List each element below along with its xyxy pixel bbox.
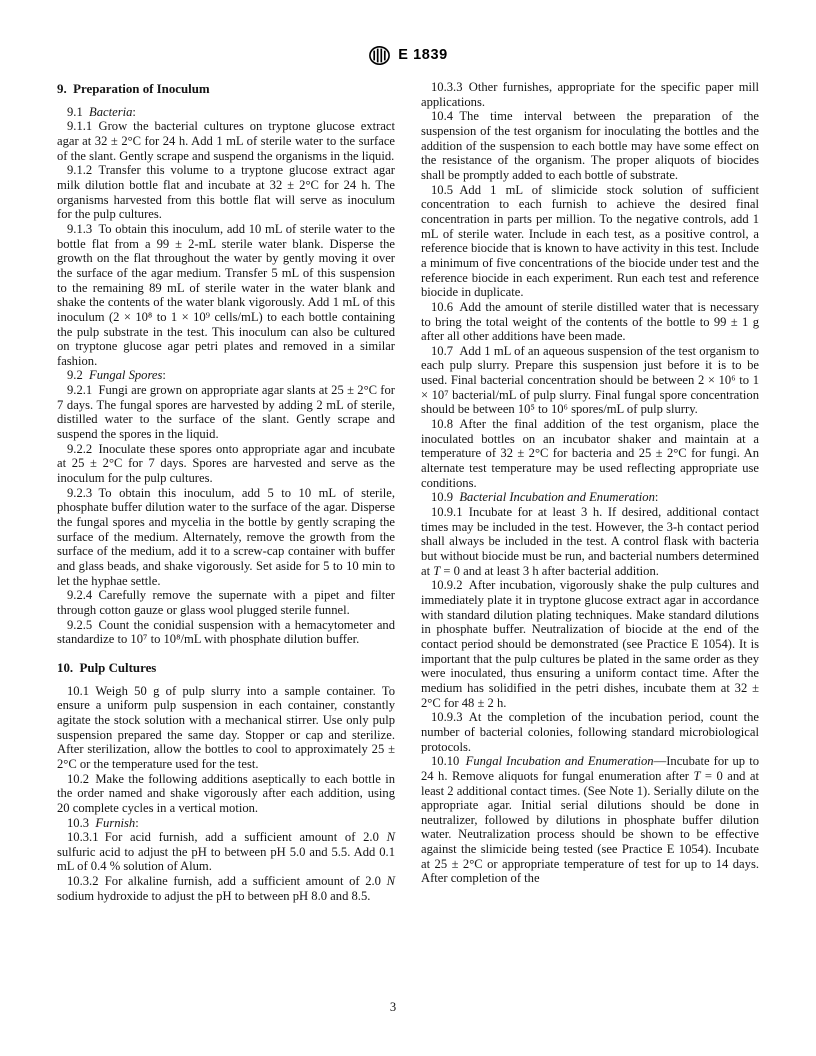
document-code: E 1839 bbox=[398, 47, 448, 63]
italic-text: N bbox=[387, 874, 395, 888]
text-run: : bbox=[132, 105, 136, 119]
text-run: 9.2.1 Fungi are grown on appropriate aga… bbox=[57, 383, 395, 441]
paragraph: 10.3 Furnish: bbox=[57, 816, 395, 831]
section-heading: 10. Pulp Cultures bbox=[57, 661, 395, 676]
text-run: 10.7 Add 1 mL of an aqueous suspension o… bbox=[421, 344, 759, 417]
text-run: = 0 and at least 2 additional contact ti… bbox=[421, 769, 759, 886]
page-number: 3 bbox=[57, 1000, 729, 1015]
text-run: 9.1.1 Grow the bacterial cultures on try… bbox=[57, 119, 395, 162]
text-run: sodium hydroxide to adjust the pH to bet… bbox=[57, 889, 370, 903]
text-run: 10.9.3 At the completion of the incubati… bbox=[421, 710, 759, 753]
italic-text: Bacterial Incubation and Enumeration bbox=[459, 490, 655, 504]
text-run: 10.3 bbox=[67, 816, 95, 830]
text-run: 10.10 bbox=[431, 754, 466, 768]
paragraph: 9.1.2 Transfer this volume to a tryptone… bbox=[57, 163, 395, 222]
text-run: : bbox=[135, 816, 139, 830]
column-right: 10.3.3 Other furnishes, appropriate for … bbox=[421, 80, 759, 886]
text-run: 10.2 Make the following additions asepti… bbox=[57, 772, 395, 815]
text-run: : bbox=[162, 368, 166, 382]
paragraph: 10.4 The time interval between the prepa… bbox=[421, 109, 759, 182]
paragraph: 10.3.1 For acid furnish, add a sufficien… bbox=[57, 830, 395, 874]
italic-text: Bacteria bbox=[89, 105, 132, 119]
text-run: 10.4 The time interval between the prepa… bbox=[421, 109, 759, 182]
paragraph: 10.6 Add the amount of sterile distilled… bbox=[421, 300, 759, 344]
paragraph: 9.2.3 To obtain this inoculum, add 5 to … bbox=[57, 486, 395, 589]
paragraph: 10.9.1 Incubate for at least 3 h. If des… bbox=[421, 505, 759, 578]
text-run: 10.3.2 For alkaline furnish, add a suffi… bbox=[67, 874, 387, 888]
section-heading: 9. Preparation of Inoculum bbox=[57, 82, 395, 97]
text-run: 10.8 After the final addition of the tes… bbox=[421, 417, 759, 490]
text-run: 10.5 Add 1 mL of slimicide stock solutio… bbox=[421, 183, 759, 300]
text-run: = 0 and at least 3 h after bacterial add… bbox=[440, 564, 659, 578]
paragraph: 10.9.2 After incubation, vigorously shak… bbox=[421, 578, 759, 710]
paragraph: 9.2 Fungal Spores: bbox=[57, 368, 395, 383]
paragraph: 10.5 Add 1 mL of slimicide stock solutio… bbox=[421, 183, 759, 300]
paragraph: 10.7 Add 1 mL of an aqueous suspension o… bbox=[421, 344, 759, 417]
paragraph: 9.2.5 Count the conidial suspension with… bbox=[57, 618, 395, 647]
document-page: E 1839 9. Preparation of Inoculum9.1 Bac… bbox=[0, 0, 816, 1056]
text-run: 9.1.3 To obtain this inoculum, add 10 mL… bbox=[57, 222, 395, 368]
paragraph: 10.8 After the final addition of the tes… bbox=[421, 417, 759, 490]
paragraph: 10.2 Make the following additions asepti… bbox=[57, 772, 395, 816]
paragraph: 10.9 Bacterial Incubation and Enumeratio… bbox=[421, 490, 759, 505]
text-run: 10.1 Weigh 50 g of pulp slurry into a sa… bbox=[57, 684, 395, 771]
paragraph: 9.1 Bacteria: bbox=[57, 105, 395, 120]
paragraph: 10.1 Weigh 50 g of pulp slurry into a sa… bbox=[57, 684, 395, 772]
text-run: 9.2 bbox=[67, 368, 89, 382]
text-run: 10.3.3 Other furnishes, appropriate for … bbox=[421, 80, 759, 109]
text-run: 9.1 bbox=[67, 105, 89, 119]
text-run: sulfuric acid to adjust the pH to betwee… bbox=[57, 845, 395, 874]
document-header: E 1839 bbox=[57, 45, 759, 65]
text-run: 10.9.2 After incubation, vigorously shak… bbox=[421, 578, 759, 709]
text-run: 10.6 Add the amount of sterile distilled… bbox=[421, 300, 759, 343]
paragraph: 9.2.4 Carefully remove the supernate wit… bbox=[57, 588, 395, 617]
paragraph: 10.9.3 At the completion of the incubati… bbox=[421, 710, 759, 754]
paragraph: 9.1.3 To obtain this inoculum, add 10 mL… bbox=[57, 222, 395, 369]
text-run: 9.1.2 Transfer this volume to a tryptone… bbox=[57, 163, 395, 221]
italic-text: Fungal Incubation and Enumeration bbox=[466, 754, 654, 768]
paragraph: 9.2.2 Inoculate these spores onto approp… bbox=[57, 442, 395, 486]
text-run: 9.2.3 To obtain this inoculum, add 5 to … bbox=[57, 486, 395, 588]
astm-logo-icon bbox=[368, 46, 391, 65]
text-run: 9.2.4 Carefully remove the supernate wit… bbox=[57, 588, 395, 617]
text-run: 10.9 bbox=[431, 490, 459, 504]
italic-text: Fungal Spores bbox=[89, 368, 162, 382]
italic-text: Furnish bbox=[95, 816, 135, 830]
italic-text: N bbox=[387, 830, 395, 844]
paragraph: 10.3.2 For alkaline furnish, add a suffi… bbox=[57, 874, 395, 903]
paragraph: 9.1.1 Grow the bacterial cultures on try… bbox=[57, 119, 395, 163]
text-run: 9.2.2 Inoculate these spores onto approp… bbox=[57, 442, 395, 485]
text-run: 9.2.5 Count the conidial suspension with… bbox=[57, 618, 395, 647]
paragraph: 9.2.1 Fungi are grown on appropriate aga… bbox=[57, 383, 395, 442]
text-run: : bbox=[655, 490, 659, 504]
paragraph: 10.10 Fungal Incubation and Enumeration—… bbox=[421, 754, 759, 886]
paragraph: 10.3.3 Other furnishes, appropriate for … bbox=[421, 80, 759, 109]
column-left: 9. Preparation of Inoculum9.1 Bacteria:9… bbox=[57, 80, 395, 903]
text-run: 10.3.1 For acid furnish, add a sufficien… bbox=[67, 830, 387, 844]
